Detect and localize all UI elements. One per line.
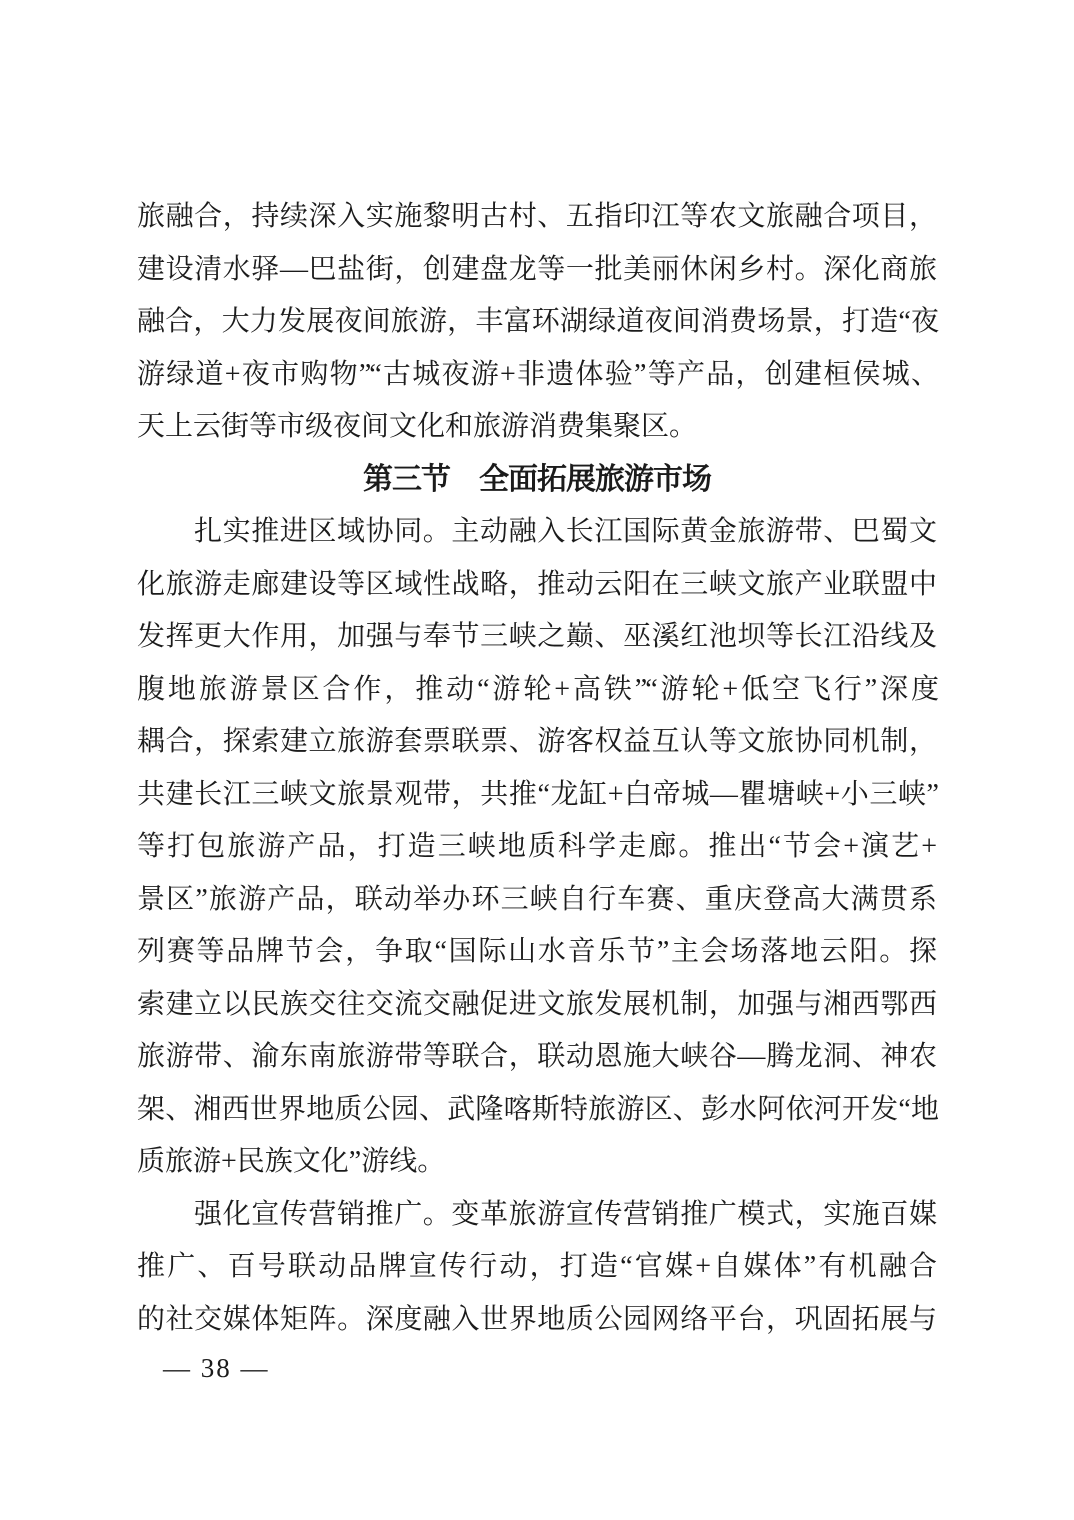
body-line: 建设清水驿—巴盐街，创建盘龙等一批美丽休闲乡村。深化商旅 bbox=[137, 244, 937, 297]
body-line: 扎实推进区域协同。主动融入长江国际黄金旅游带、巴蜀文 bbox=[137, 506, 937, 559]
page-footer: — 38 — bbox=[163, 1348, 270, 1388]
body-line: 天上云街等市级夜间文化和旅游消费集聚区。 bbox=[137, 401, 937, 454]
body-line: 索建立以民族交往交流交融促进文旅发展机制，加强与湘西鄂西 bbox=[137, 979, 937, 1032]
body-line: 旅游带、渝东南旅游带等联合，联动恩施大峡谷—腾龙洞、神农 bbox=[137, 1031, 937, 1084]
body-line: 景区”旅游产品，联动举办环三峡自行车赛、重庆登高大满贯系 bbox=[137, 874, 937, 927]
body-line: 的社交媒体矩阵。深度融入世界地质公园网络平台，巩固拓展与 bbox=[137, 1294, 937, 1347]
section-heading: 第三节 全面拓展旅游市场 bbox=[137, 454, 937, 507]
body-line: 架、湘西世界地质公园、武隆喀斯特旅游区、彭水阿依河开发“地 bbox=[137, 1084, 937, 1137]
document-page: 旅融合，持续深入实施黎明古村、五指印江等农文旅融合项目， 建设清水驿—巴盐街，创… bbox=[0, 0, 1074, 1520]
body-line: 推广、百号联动品牌宣传行动，打造“官媒+自媒体”有机融合 bbox=[137, 1241, 937, 1294]
body-line: 游绿道+夜市购物”“古城夜游+非遗体验”等产品，创建桓侯城、 bbox=[137, 349, 937, 402]
body-line: 等打包旅游产品，打造三峡地质科学走廊。推出“节会+演艺+ bbox=[137, 821, 937, 874]
page-body: 旅融合，持续深入实施黎明古村、五指印江等农文旅融合项目， 建设清水驿—巴盐街，创… bbox=[137, 191, 937, 1346]
body-line: 耦合，探索建立旅游套票联票、游客权益互认等文旅协同机制， bbox=[137, 716, 937, 769]
body-line: 融合，大力发展夜间旅游，丰富环湖绿道夜间消费场景，打造“夜 bbox=[137, 296, 937, 349]
body-line: 腹地旅游景区合作，推动“游轮+高铁”“游轮+低空飞行”深度 bbox=[137, 664, 937, 717]
body-line: 旅融合，持续深入实施黎明古村、五指印江等农文旅融合项目， bbox=[137, 191, 937, 244]
body-line: 列赛等品牌节会，争取“国际山水音乐节”主会场落地云阳。探 bbox=[137, 926, 937, 979]
body-line: 质旅游+民族文化”游线。 bbox=[137, 1136, 937, 1189]
body-line: 发挥更大作用，加强与奉节三峡之巅、巫溪红池坝等长江沿线及 bbox=[137, 611, 937, 664]
body-line: 化旅游走廊建设等区域性战略，推动云阳在三峡文旅产业联盟中 bbox=[137, 559, 937, 612]
body-line: 共建长江三峡文旅景观带，共推“龙缸+白帝城—瞿塘峡+小三峡” bbox=[137, 769, 937, 822]
page-number: — 38 — bbox=[163, 1353, 270, 1383]
body-line: 强化宣传营销推广。变革旅游宣传营销推广模式，实施百媒 bbox=[137, 1189, 937, 1242]
